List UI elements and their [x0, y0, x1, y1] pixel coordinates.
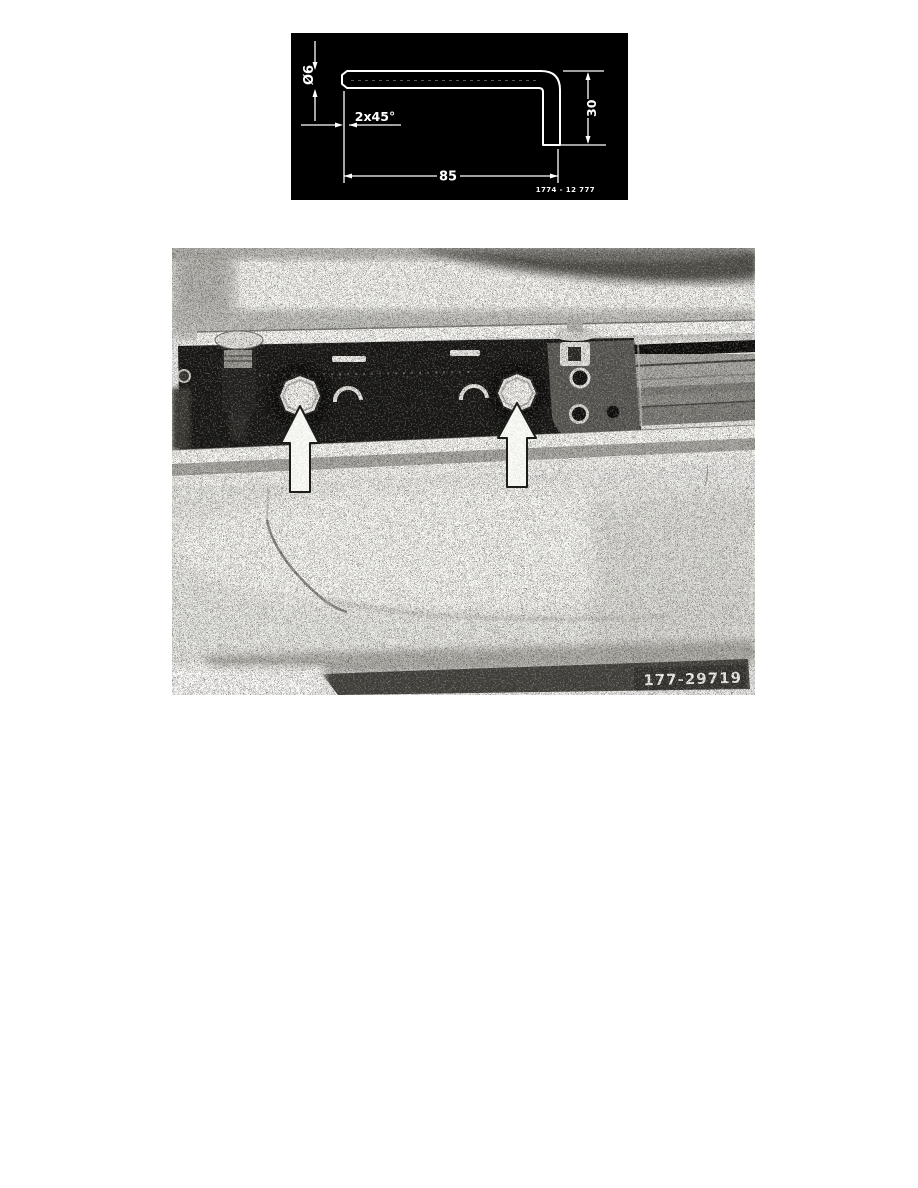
drawing-ref-number: 1774 - 12 777 [536, 186, 595, 194]
bent-rod-outline [342, 71, 560, 145]
tool-dimension-drawing: Ø6 2x45° 85 30 1774 - 12 777 [291, 33, 628, 200]
manual-page: Ø6 2x45° 85 30 1774 - 12 777 [0, 0, 918, 1188]
dim-height-label: 30 [584, 99, 599, 117]
bent-pin-drawing-canvas: Ø6 2x45° 85 30 1774 - 12 777 [291, 33, 628, 200]
dim-diameter-label: Ø6 [302, 65, 317, 85]
mechanism-photo: 177-29719 [172, 248, 755, 695]
photo-canvas: 177-29719 [172, 248, 755, 695]
dim-length-label: 85 [439, 170, 457, 185]
dim-chamfer-label: 2x45° [355, 109, 395, 124]
grain-overlay-top [172, 248, 755, 695]
